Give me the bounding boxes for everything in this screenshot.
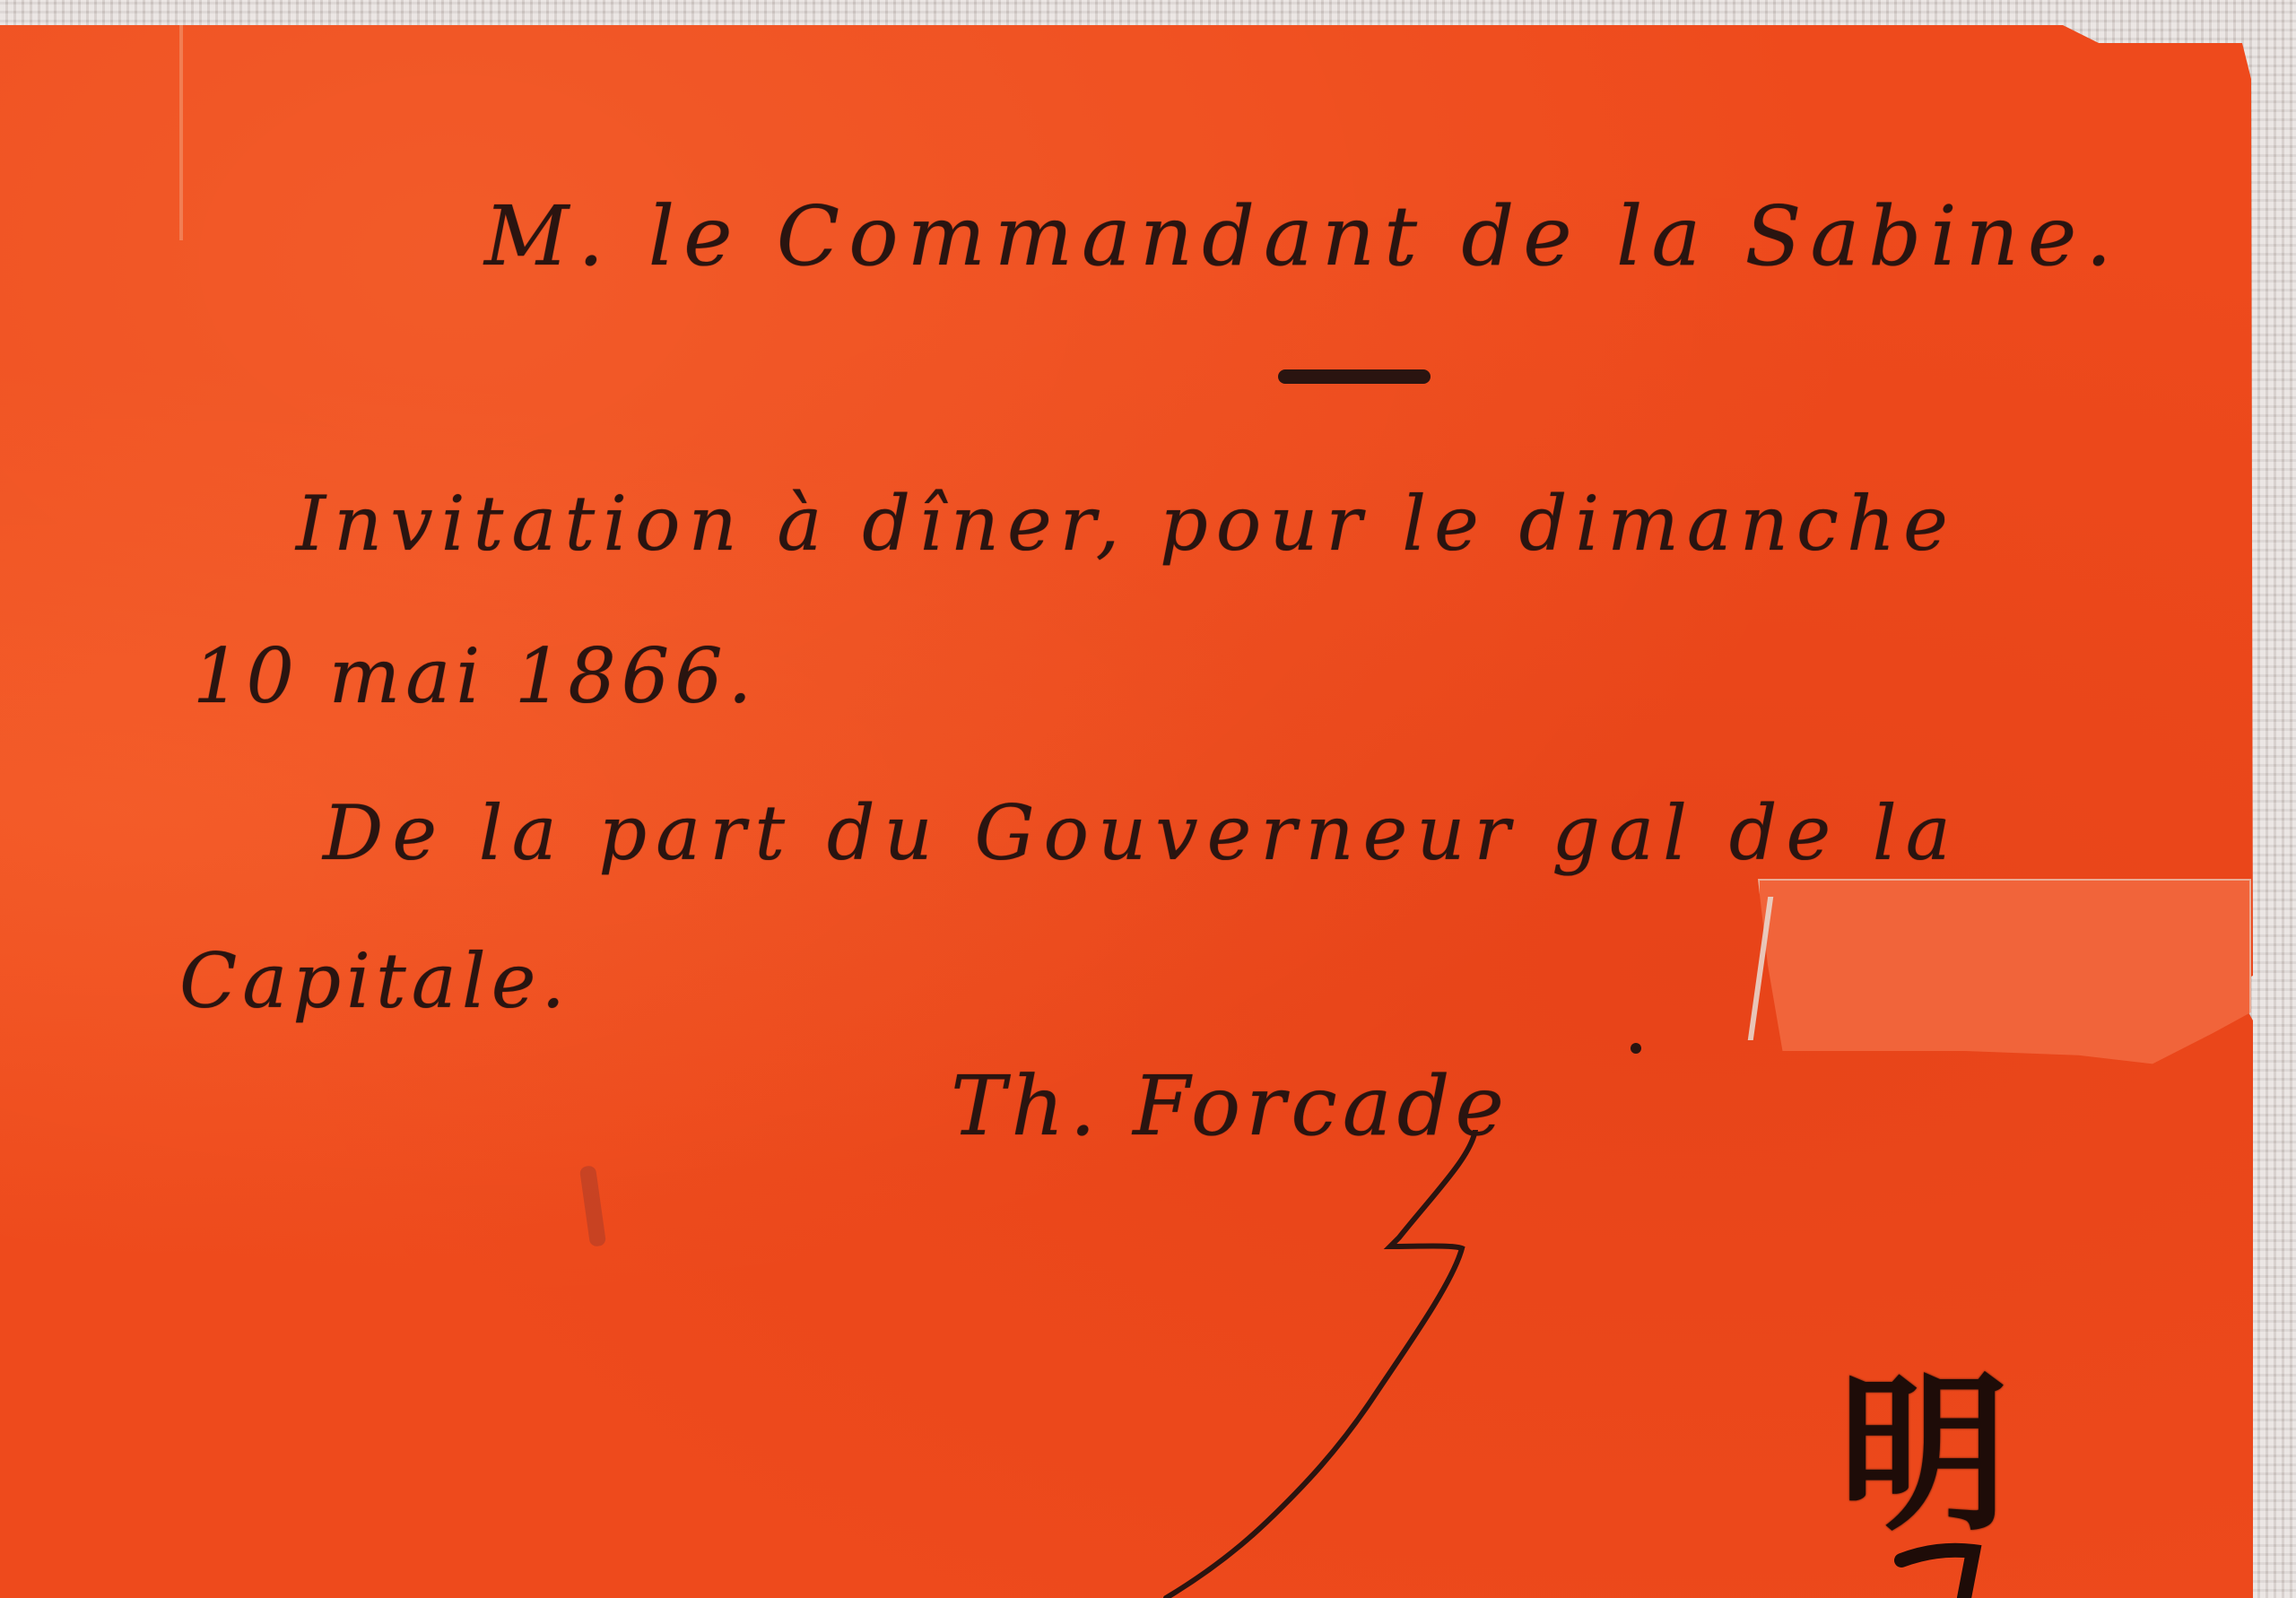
paper-crease (179, 25, 183, 240)
ink-dot (1631, 1043, 1641, 1054)
body-line-sender: De la part du Gouverneur gal de la (323, 789, 1960, 877)
body-line-date: 10 mai 1866. (193, 632, 757, 720)
chinese-character: 明 (1839, 1318, 2009, 1563)
body-line-capitale: Capitale. (179, 937, 570, 1025)
separator-dash (1278, 369, 1431, 384)
body-line-invitation: Invitation à dîner, pour le dimanche (296, 480, 1956, 568)
partial-chinese-character-icon (1892, 1542, 1991, 1598)
addressee-line: M. le Commandant de la Sabine. (484, 188, 2121, 284)
signature-flourish-icon (1076, 1130, 1525, 1598)
